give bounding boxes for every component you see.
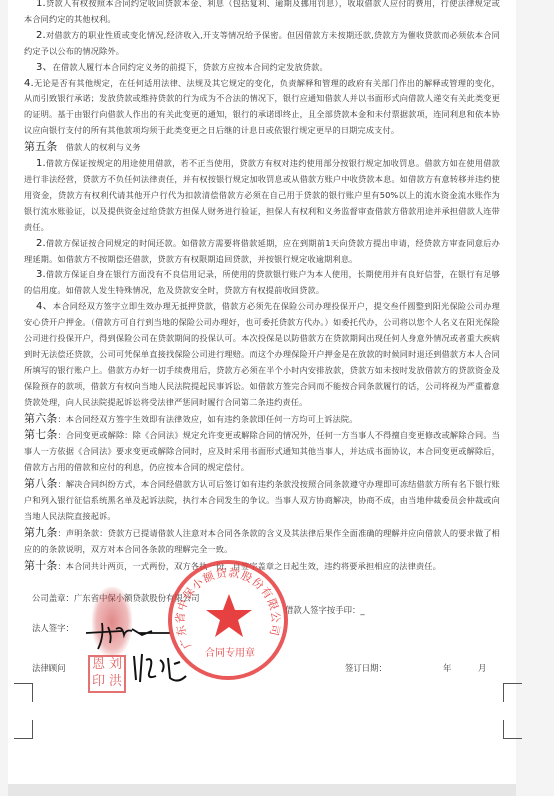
article-9: 第九条：声明条款：贷款方已提请借款人注意对本合同各条款的含义及其法律后果作全面准… xyxy=(24,525,500,558)
article-7: 第七条：合同变更或解除：除《合同法》规定允许变更或解除合同的情况外，任何一方当事… xyxy=(24,427,500,476)
lender-right-4: 4.无论是否有其他规定，在任何适用法律、法规及其它规定的变化，负责解释和管理的政… xyxy=(24,76,500,140)
page-separator xyxy=(8,784,516,796)
borrower-signature-line: 借款人签字按手印：_ xyxy=(285,604,365,616)
crop-mark-bottom-right xyxy=(503,720,522,739)
article-5-item-2: 2.借款方保证按合同规定的时间还款。如借款方需要将借款延期，应在到期前1天向贷款… xyxy=(24,236,500,268)
sign-date-label: 签订日期： xyxy=(345,662,387,674)
company-contract-stamp: 广东省中保小额贷款股份有限公司 合同专用章 xyxy=(168,560,288,680)
article-8: 第八条：解决合同纠纷方式，本合同经借款方认可后签订如有违约条款没按照合同条款遵守… xyxy=(24,476,500,525)
crop-mark-top-left xyxy=(14,683,33,702)
lender-right-2: 2.对借款方的职业性质或变化情况,经济收入,开支等情况给予保密。但因借款方未按期… xyxy=(24,28,500,60)
article-5-item-1: 1.借款方保证按规定的用途使用借款，若不正当使用，贷款方有权对违约使用部分按银行… xyxy=(24,156,500,236)
article-5-heading: 第五条 借款人的权利与义务 xyxy=(24,139,500,156)
stamp-label: 合同专用章 xyxy=(200,644,260,659)
article-5-item-4: 4、本合同经双方签字立即生效办理无抵押贷款，借款方必须先在保险公司办理投保开户，… xyxy=(24,299,500,410)
personal-seal: 恩 刘 印 洪 xyxy=(88,655,126,693)
contract-body: 1.贷款人有权按照本合同约定收回贷款本金、利息（包括复利、逾期及挪用罚息），收取… xyxy=(24,0,500,575)
month-label: 月 xyxy=(478,662,486,674)
crop-mark-bottom-left xyxy=(14,720,33,739)
legal-advisor-label: 法律顾问 xyxy=(32,662,66,674)
article-6: 第六条：本合同经双方签字生效即有法律效应，如有违约条款即任何一方均可上诉法院。 xyxy=(24,411,500,428)
crop-mark-top-right xyxy=(503,683,522,702)
article-5-item-3: 3.借款方保证自身在银行方面没有不良信用记录，所使用的贷款银行账户为本人使用，长… xyxy=(24,267,500,299)
star-icon xyxy=(205,592,253,640)
year-label: 年 xyxy=(443,662,451,674)
legal-rep-signature xyxy=(82,615,172,655)
legal-rep-signature-label: 法人签字： xyxy=(32,622,74,634)
lender-right-1: 1.贷款人有权按照本合同约定收回贷款本金、利息（包括复利、逾期及挪用罚息），收取… xyxy=(24,0,500,28)
viewer-margin xyxy=(516,0,554,796)
lender-right-3: 3、在借款人履行本合同约定义务的前提下，贷款方应按本合同约定发放贷款。 xyxy=(24,60,500,76)
